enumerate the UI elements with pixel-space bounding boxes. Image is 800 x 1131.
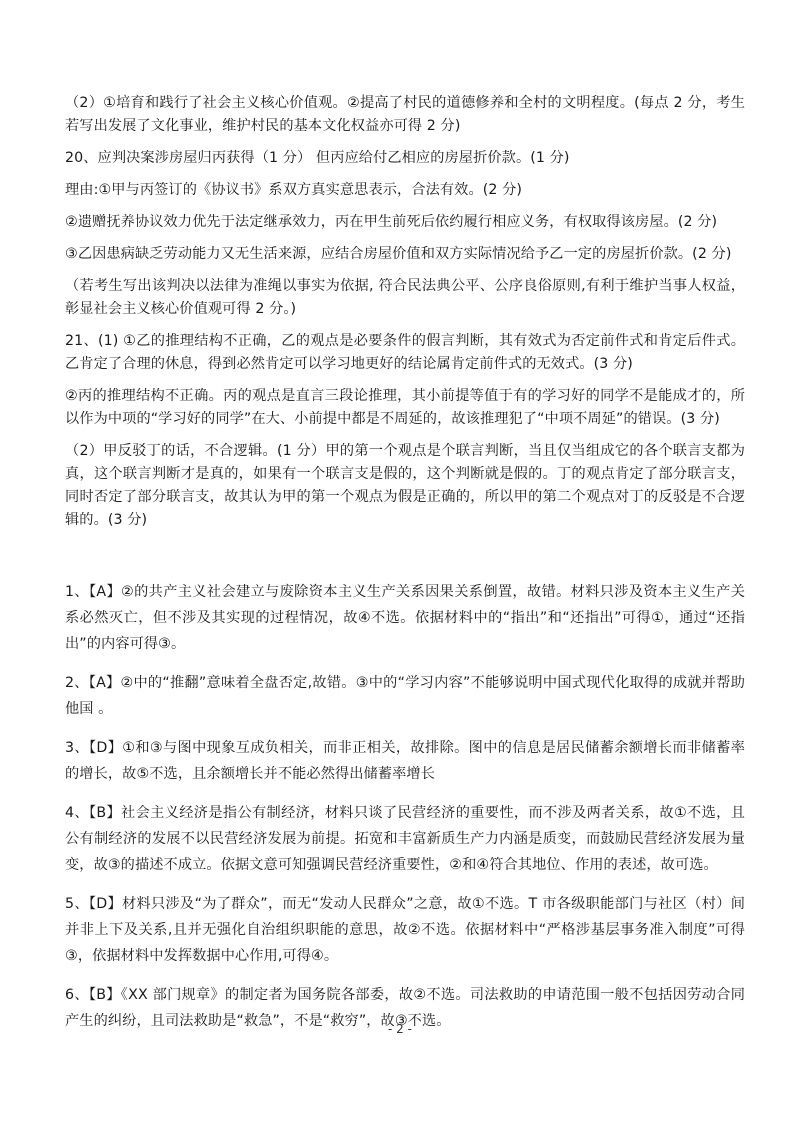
answer-key-page: （2）①培育和践行了社会主义核心价值观。②提高了村民的道德修养和全村的文明程度。… bbox=[65, 92, 745, 1047]
q20-verdict: 20、应判决案涉房屋归丙获得（1 分） 但丙应给付乙相应的房屋折价款。(1 分) bbox=[65, 147, 745, 170]
q20-reason-1: 理由:①甲与丙签订的《协议书》系双方真实意思表示，合法有效。(2 分) bbox=[65, 179, 745, 202]
q20-scoring-note: （若考生写出该判决以法律为准绳以事实为依据, 符合民法典公平、公序良俗原则,有利… bbox=[65, 275, 745, 321]
q20-reason-2: ②遗赠抚养协议效力优先于法定继承效力，丙在甲生前死后依约履行相应义务，有权取得该… bbox=[65, 211, 745, 234]
q21-part1-a: 21、(1) ①乙的推理结构不正确，乙的观点是必要条件的假言判断，其有效式为否定… bbox=[65, 330, 745, 376]
q21-part1-b: ②丙的推理结构不正确。丙的观点是直言三段论推理，其小前提等值于有的学习好的同学不… bbox=[65, 385, 745, 431]
mcq-explanation-3: 3、【D】①和③与图中现象互成负相关，而非正相关，故排除。图中的信息是居民储蓄余… bbox=[65, 735, 745, 787]
mcq-explanation-4: 4、【B】社会主义经济是指公有制经济，材料只谈了民营经济的重要性，而不涉及两者关… bbox=[65, 800, 745, 878]
page-number: - 2 - bbox=[0, 1022, 800, 1036]
mcq-explanation-2: 2、【A】②中的“推翻”意味着全盘否定,故错。③中的“学习内容”不能够说明中国式… bbox=[65, 670, 745, 722]
section-gap bbox=[65, 541, 745, 579]
q19-part2-answer: （2）①培育和践行了社会主义核心价值观。②提高了村民的道德修养和全村的文明程度。… bbox=[65, 92, 745, 138]
mcq-explanation-5: 5、【D】材料只涉及“为了群众”，而无“发动人民群众”之意，故①不选。T 市各级… bbox=[65, 891, 745, 969]
mcq-explanation-1: 1、【A】②的共产主义社会建立与废除资本主义生产关系因果关系倒置，故错。材料只涉… bbox=[65, 579, 745, 657]
q20-reason-3: ③乙因患病缺乏劳动能力又无生活来源，应结合房屋价值和双方实际情况给予乙一定的房屋… bbox=[65, 243, 745, 266]
q21-part2: （2）甲反驳丁的话，不合逻辑。(1 分）甲的第一个观点是个联言判断，当且仅当组成… bbox=[65, 440, 745, 532]
